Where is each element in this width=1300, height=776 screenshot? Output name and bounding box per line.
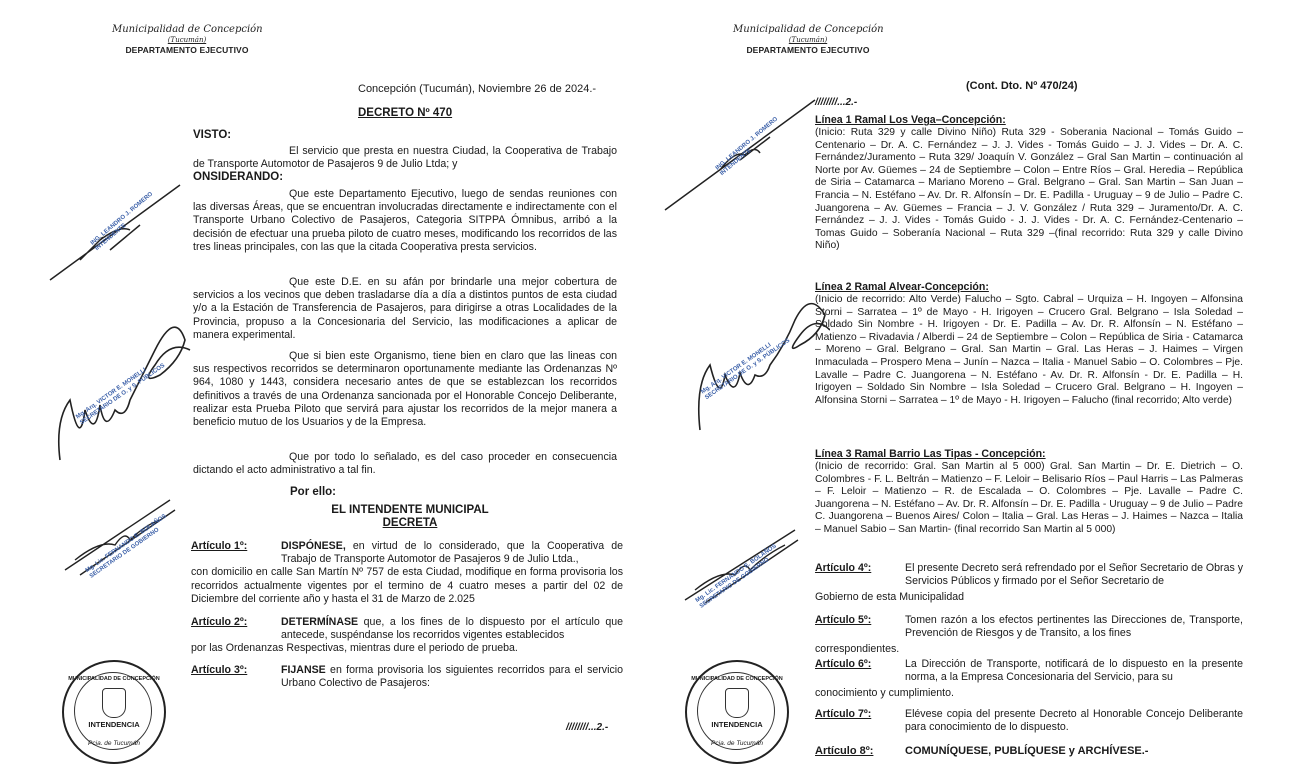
article-4: Artículo 4º:El presente Decreto será ref… xyxy=(815,562,1243,605)
continuation-header: (Cont. Dto. Nº 470/24) xyxy=(966,80,1078,92)
article-8: Artículo 8º:COMUNÍQUESE, PUBLÍQUESE y AR… xyxy=(815,745,1243,758)
por-ello: Por ello: xyxy=(290,486,336,498)
page-continuation: ////////...2.- xyxy=(566,722,608,733)
department-name: DEPARTAMENTO EJECUTIVO xyxy=(112,45,262,55)
letterhead: Municipalidad de Concepción (Tucumán) DE… xyxy=(733,24,883,55)
route-line-2: Línea 2 Ramal Alvear-Concepción: (Inicio… xyxy=(815,281,1243,407)
municipal-seal: MUNICIPALIDAD DE CONCEPCIÓN INTENDENCIA … xyxy=(685,660,789,764)
province-name: (Tucumán) xyxy=(112,36,262,44)
article-label: Artículo 1º: xyxy=(191,540,281,566)
coat-of-arms-icon xyxy=(102,688,126,718)
signature-secretario-gobierno xyxy=(60,490,180,580)
municipality-name: Municipalidad de Concepción xyxy=(112,24,262,35)
date-line: Concepción (Tucumán), Noviembre 26 de 20… xyxy=(358,83,596,95)
decree-page-1: Municipalidad de Concepción (Tucumán) DE… xyxy=(0,0,650,776)
article-3: Artículo 3º: FIJANSE en forma provisoria… xyxy=(191,664,623,690)
article-5: Artículo 5º:Tomen razón a los efectos pe… xyxy=(815,614,1243,657)
article-7: Artículo 7º:Elévese copia del presente D… xyxy=(815,708,1243,734)
letterhead: Municipalidad de Concepción (Tucumán) DE… xyxy=(112,24,262,55)
municipal-seal: MUNICIPALIDAD DE CONCEPCIÓN INTENDENCIA … xyxy=(62,660,166,764)
article-1: Artículo 1º: DISPÓNESE, en virtud de lo … xyxy=(191,540,623,606)
considerando-paragraph-1: Que este Departamento Ejecutivo, luego d… xyxy=(193,188,617,254)
considerando-heading: ONSIDERANDO: xyxy=(193,171,283,183)
visto-text: El servicio que presta en nuestra Ciudad… xyxy=(193,145,617,171)
decree-title: DECRETO Nº 470 xyxy=(358,107,452,119)
province-name: (Tucumán) xyxy=(733,36,883,44)
considerando-paragraph-2: Que este D.E. en su afán por brindarle u… xyxy=(193,276,617,342)
article-label: Artículo 3º: xyxy=(191,664,281,690)
article-label: Artículo 2º: xyxy=(191,616,281,642)
intendente-heading: EL INTENDENTE MUNICIPAL xyxy=(300,504,520,516)
department-name: DEPARTAMENTO EJECUTIVO xyxy=(733,45,883,55)
route-line-1: Línea 1 Ramal Los Vega–Concepción: (Inic… xyxy=(815,114,1243,253)
article-6: Artículo 6º:La Dirección de Transporte, … xyxy=(815,658,1243,701)
considerando-paragraph-4: Que por todo lo señalado, es del caso pr… xyxy=(193,451,617,477)
article-2: Artículo 2º: DETERMÍNASE que, a los fine… xyxy=(191,616,623,656)
route-line-3: Línea 3 Ramal Barrio Las Tipas - Concepc… xyxy=(815,448,1243,537)
page-marker: ////////...2.- xyxy=(815,97,857,108)
considerando-paragraph-3: Que si bien este Organismo, tiene bien e… xyxy=(193,350,617,429)
coat-of-arms-icon xyxy=(725,688,749,718)
signature-secretario-gobierno xyxy=(680,515,800,605)
visto-heading: VISTO: xyxy=(193,129,231,141)
decreta-heading: DECRETA xyxy=(300,517,520,529)
decree-page-2: Municipalidad de Concepción (Tucumán) DE… xyxy=(650,0,1300,776)
municipality-name: Municipalidad de Concepción xyxy=(733,24,883,35)
